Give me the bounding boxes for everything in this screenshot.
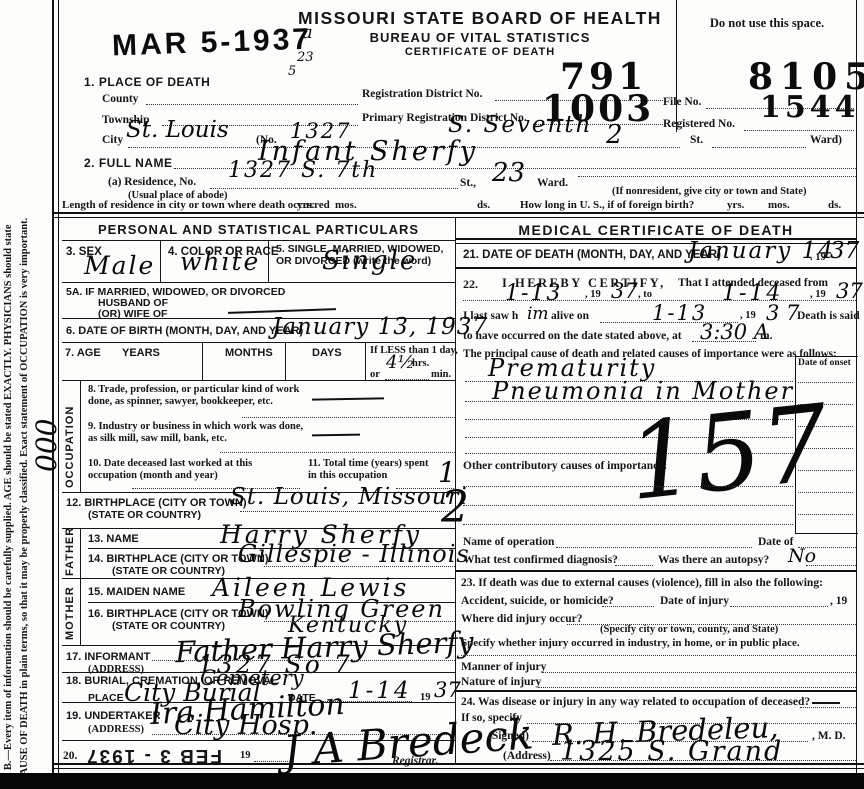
- city-value: St. Louis: [126, 117, 229, 143]
- father-birthplace-value: Gillespie - Illinois: [238, 540, 470, 568]
- street-value: S. Seventh: [448, 112, 592, 138]
- ds-label-1: ds.: [477, 199, 490, 211]
- occupation-side-label: OCCUPATION: [64, 406, 76, 488]
- nature-of-injury-label: Nature of injury: [461, 676, 541, 688]
- total-time-label: 11. Total time (years) spent in this occ…: [308, 458, 430, 483]
- dod-year-value: 37: [830, 238, 859, 264]
- injury-19-label: , 19: [830, 595, 847, 607]
- last-saw-label: I last saw h: [463, 310, 518, 322]
- residence-st-label: St.,: [460, 177, 476, 189]
- birthplace-label: 12. BIRTHPLACE (CITY OR TOWN): [66, 497, 247, 509]
- dotted-line: [602, 606, 654, 607]
- dotted-line: [692, 341, 756, 342]
- item-24-label: 24. Was disease or injury in any way rel…: [461, 696, 810, 708]
- mos-label-1: mos.: [335, 199, 357, 211]
- ds-label-2: ds.: [828, 199, 841, 211]
- blank-hand-dash: [312, 434, 360, 437]
- street-st-label: St.: [690, 134, 703, 146]
- dotted-line: [463, 505, 793, 506]
- do-not-use-box-border: [676, 0, 677, 132]
- item-22-number: 22.: [463, 277, 478, 292]
- manner-of-injury-label: Manner of injury: [461, 661, 546, 673]
- dob-label: 6. DATE OF BIRTH (MONTH, DAY, AND YEAR): [66, 325, 303, 337]
- min-label: min.: [431, 369, 451, 380]
- hours-value: 4½: [386, 352, 415, 373]
- hrs-label: hrs.: [412, 358, 429, 369]
- death-is-said-label: Death is said: [797, 310, 860, 322]
- place-of-death-heading: 1. PLACE OF DEATH: [84, 75, 210, 89]
- dotted-line: [461, 655, 856, 656]
- father-side-label: FATHER: [64, 527, 76, 576]
- race-value: white: [180, 247, 260, 276]
- if-so-specify-label: If so, specify: [461, 712, 522, 724]
- stray-mark-23: 23: [297, 50, 314, 65]
- days-label: DAYS: [312, 347, 342, 359]
- filed-item-label: 20.: [63, 750, 77, 762]
- residence-ward-label: Ward.: [537, 177, 568, 189]
- to-19-label: , 19: [810, 289, 826, 300]
- dotted-line: [615, 565, 653, 566]
- rule: [455, 267, 857, 269]
- dod-19-label: . 19: [810, 252, 826, 263]
- city-label: City: [102, 134, 123, 146]
- dotted-line: [800, 707, 856, 708]
- birthplace-state-label: (STATE OR COUNTRY): [88, 509, 201, 521]
- dotted-line: [463, 486, 793, 487]
- rule: [365, 342, 366, 380]
- residence-ward-value: 23: [492, 158, 525, 188]
- informant-label: 17. INFORMANT: [66, 651, 150, 663]
- him-value: im: [527, 304, 549, 324]
- informant-address-label: (ADDRESS): [88, 664, 144, 675]
- father-name-label: 13. NAME: [88, 533, 139, 545]
- personal-section-title: PERSONAL AND STATISTICAL PARTICULARS: [62, 222, 455, 237]
- from-year-value: 37: [611, 279, 638, 303]
- injury-date-label: Date of injury: [660, 595, 729, 607]
- rule: [80, 528, 81, 578]
- md-label: , M. D.: [812, 730, 846, 742]
- received-date-stamp: MAR 5-1937: [111, 23, 312, 64]
- dotted-line: [730, 606, 828, 607]
- father-state-label: (STATE OR COUNTRY): [112, 565, 225, 577]
- autopsy-label: Was there an autopsy?: [658, 554, 769, 566]
- margin-note-line1: N. B.—Every item of information should b…: [3, 224, 14, 783]
- do-not-use-label: Do not use this space.: [678, 16, 856, 31]
- death-certificate-scan: N. B.—Every item of information should b…: [0, 0, 864, 789]
- months-label: MONTHS: [225, 347, 273, 359]
- mother-side-label: MOTHER: [64, 586, 76, 640]
- dotted-line: [542, 672, 856, 673]
- county-label: County: [102, 93, 138, 105]
- dotted-line: [220, 452, 455, 453]
- residence-value: 1327 S. 7th: [228, 158, 378, 183]
- residence-dotted-line: [210, 188, 458, 189]
- dotted-line: [556, 547, 752, 548]
- where-injury-label: Where did injury occur?: [461, 613, 583, 625]
- rule: [62, 282, 455, 283]
- last-saw-date-value: 1-13: [652, 301, 707, 325]
- dob-value: January 13, 1937: [272, 314, 488, 340]
- rule: [455, 690, 857, 692]
- stray-mark-5: 5: [288, 64, 296, 79]
- rule: [80, 380, 81, 492]
- blank-hand-dash: [312, 397, 384, 400]
- time-m-label: m.: [760, 330, 772, 342]
- form-subtitle-bureau: BUREAU OF VITAL STATISTICS: [290, 30, 670, 45]
- date-of-onset-label: Date of onset: [798, 358, 851, 368]
- county-dotted-line: [146, 104, 358, 105]
- residence-label: (a) Residence, No.: [108, 176, 196, 188]
- industry-label: 9. Industry or business in which work wa…: [88, 421, 313, 446]
- item-23-label: 23. If death was due to external causes …: [461, 577, 823, 589]
- last-worked-label: 10. Date deceased last worked at this oc…: [88, 458, 293, 483]
- registered-no-dotted-line: [744, 130, 854, 131]
- rule: [285, 342, 286, 380]
- stray-mark-a: a: [302, 22, 313, 43]
- test-label: What test confirmed diagnosis?: [463, 554, 618, 566]
- dotted-line: [463, 524, 793, 525]
- dotted-line: [538, 687, 856, 688]
- years-label: YEARS: [122, 347, 160, 359]
- yrs-label-1: yrs.: [297, 199, 314, 211]
- rule: [80, 578, 81, 645]
- lastsaw-year-value: 3 7: [766, 301, 799, 325]
- length-residence-label: Length of residence in city or town wher…: [62, 199, 330, 211]
- from-19-label: , 19: [585, 289, 601, 300]
- stray-mark-flourish: 2: [441, 482, 469, 533]
- registered-no-label: Registered No.: [663, 118, 735, 130]
- signed-label: (Signed): [488, 730, 529, 742]
- nonresident-dotted-line: [578, 176, 856, 177]
- sex-value: Male: [84, 251, 155, 280]
- maiden-name-label: 15. MAIDEN NAME: [88, 586, 185, 598]
- rule: [62, 240, 455, 241]
- age-label: 7. AGE: [65, 347, 101, 359]
- registration-district-label: Registration District No.: [362, 88, 482, 100]
- rule: [455, 570, 857, 572]
- undertaker-label: 19. UNDERTAKER: [66, 710, 161, 722]
- full-name-label: 2. FULL NAME: [84, 156, 172, 170]
- alive-on-label: alive on: [551, 310, 589, 322]
- dotted-line: [264, 566, 455, 567]
- birthplace-value: St. Louis, Missouri: [230, 484, 468, 510]
- rule: [160, 240, 161, 282]
- to-year-value: 37: [836, 279, 863, 303]
- date-of-death-label: 21. DATE OF DEATH (MONTH, DAY, AND YEAR): [463, 249, 721, 261]
- specify-city-label: (Specify city or town, county, and State…: [600, 624, 778, 635]
- dotted-line: [242, 417, 455, 418]
- undertaker-address-label: (ADDRESS): [88, 724, 144, 735]
- or-label: or: [370, 369, 380, 380]
- mos-label-2: mos.: [768, 199, 790, 211]
- dotted-line: [806, 565, 856, 566]
- ward-paren-label: Ward): [810, 134, 842, 146]
- dotted-line: [798, 514, 853, 515]
- form-title: MISSOURI STATE BOARD OF HEALTH: [290, 8, 670, 29]
- rule: [202, 342, 203, 380]
- marital-value: Single: [322, 246, 417, 276]
- attended-from-value: 1-13: [505, 281, 562, 306]
- accident-label: Accident, suicide, or homicide?: [461, 595, 614, 607]
- dotted-line: [240, 511, 454, 512]
- rule: [62, 342, 455, 343]
- rule: [62, 380, 455, 381]
- yrs-label-2: yrs.: [727, 199, 744, 211]
- operation-label: Name of operation: [463, 536, 554, 548]
- st-dotted-line: [712, 147, 806, 148]
- mother-state-label: (STATE OR COUNTRY): [112, 620, 225, 632]
- dotted-line: [264, 621, 455, 622]
- blank-hand-dash: [812, 702, 840, 704]
- bottom-double-rule: [52, 763, 864, 769]
- scan-bottom-black-bar: [0, 773, 864, 789]
- specify-injury-label: Specify whether injury occurred in indus…: [461, 637, 800, 649]
- header-bottom-double-rule: [52, 212, 864, 218]
- nonresident-label: (If nonresident, give city or town and S…: [612, 186, 806, 197]
- registered-no-stamp: 1544: [760, 90, 860, 125]
- burial-date-value: 1-14: [348, 678, 412, 704]
- left-double-rule: [52, 0, 59, 773]
- physician-address-label: (Address): [503, 750, 551, 762]
- ward-hand-value: 2: [606, 120, 623, 150]
- file-no-label: File No.: [663, 96, 701, 108]
- trade-label: 8. Trade, profession, or particular kind…: [88, 384, 313, 409]
- medical-section-title: MEDICAL CERTIFICATE OF DEATH: [455, 222, 857, 238]
- occurred-label: to have occurred on the date stated abov…: [463, 330, 682, 342]
- margin-note-line2: CAUSE OF DEATH in plain terms, so that i…: [19, 218, 30, 783]
- to-label: , to: [638, 289, 652, 300]
- filed-19-label: 19: [240, 750, 251, 761]
- autopsy-value: No: [788, 545, 816, 567]
- dotted-line: [152, 660, 455, 661]
- contributory-hand-scrawl: 157: [622, 382, 834, 524]
- howlong-label: How long in U. S., if of foreign birth?: [520, 199, 694, 211]
